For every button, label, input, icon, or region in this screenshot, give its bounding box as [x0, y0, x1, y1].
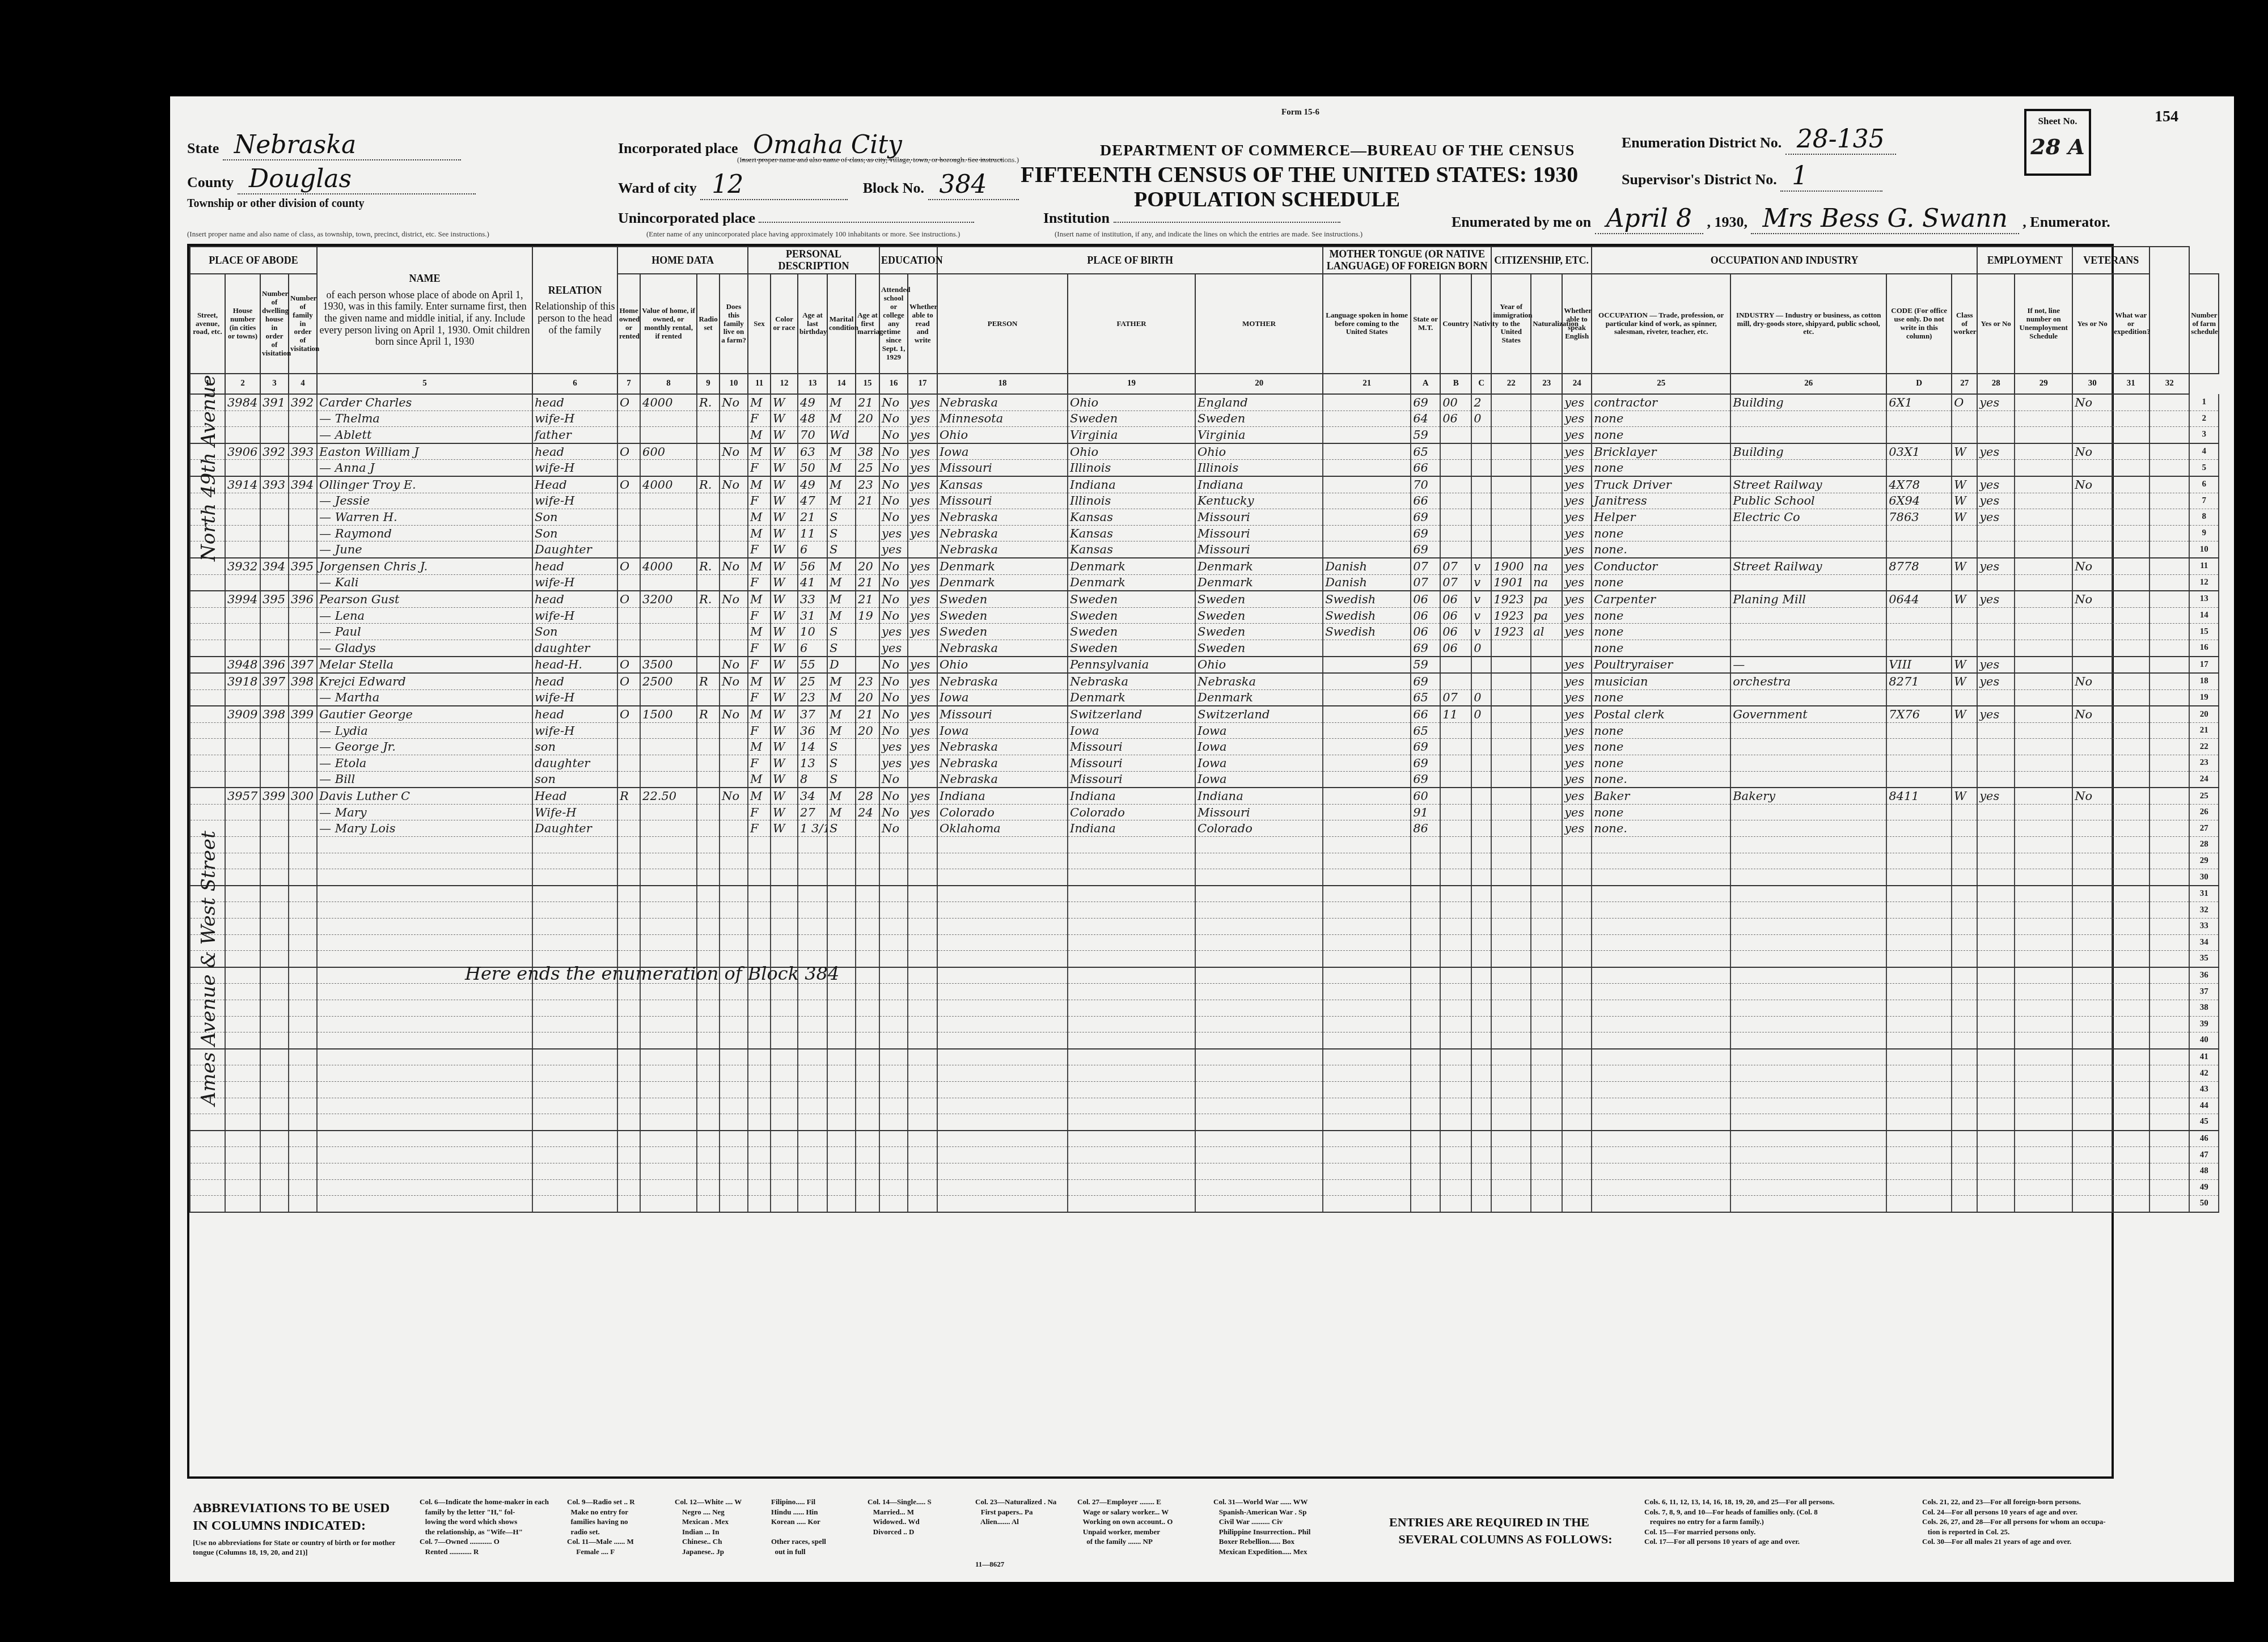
cell-cls: [1952, 607, 1977, 624]
cell-school: [879, 853, 908, 869]
cell-farmsch: [2149, 1147, 2189, 1163]
cell-rel: [532, 1000, 617, 1016]
cell-race: W: [771, 657, 798, 674]
cell-dwelling: 394: [260, 558, 289, 574]
cell-bpf: Missouri: [1068, 755, 1195, 772]
cell-unemp: [2015, 1016, 2072, 1032]
line-number: 42: [2189, 1065, 2219, 1082]
cell-mar: M: [827, 558, 856, 574]
cell-b: [1440, 525, 1471, 541]
cell-family: [289, 1065, 317, 1082]
cell-radio: [697, 427, 720, 443]
cell-bpm: Virginia: [1195, 427, 1323, 443]
cell-age: [798, 853, 827, 869]
cell-read: yes: [908, 804, 937, 820]
street-cell: [190, 804, 225, 820]
cell-vet: [2072, 837, 2112, 853]
cell-unemp: [2015, 820, 2072, 837]
column-number-29: 29: [2015, 374, 2072, 394]
cell-bpm: Kentucky: [1195, 493, 1323, 509]
table-row-empty: 49: [190, 1179, 2219, 1196]
cell-name: [317, 1081, 532, 1098]
column-number-24: 24: [1562, 374, 1592, 394]
cell-nat: [1531, 951, 1562, 967]
supervisor-district-field: Supervisor's District No. 1: [1622, 162, 1882, 192]
cell-cls: [1952, 984, 1977, 1000]
cell-dwelling: [260, 1098, 289, 1114]
cell-bpf: Sweden: [1068, 607, 1195, 624]
cell-read: [908, 837, 937, 853]
cell-agem: 28: [856, 788, 879, 804]
cell-bpm: [1195, 934, 1323, 951]
line-number: 36: [2189, 967, 2219, 984]
cell-name: — Gladys: [317, 640, 532, 656]
cell-lang: [1323, 657, 1411, 674]
cell-own: O: [617, 657, 640, 674]
column-header-25: OCCUPATION — Trade, profession, or parti…: [1592, 274, 1730, 374]
cell-sex: [748, 1131, 771, 1147]
cell-agem: [856, 1016, 879, 1032]
cell-name: — Jessie: [317, 493, 532, 509]
column-number-2: 2: [225, 374, 260, 394]
cell-cls: [1952, 771, 1977, 788]
cell-vet: No: [2072, 443, 2112, 460]
cell-war: [2112, 706, 2149, 722]
cell-bp: [937, 1179, 1068, 1196]
supervisor-district-value: 1: [1780, 162, 1882, 192]
cell-mar: [827, 1081, 856, 1098]
street-cell: [190, 574, 225, 591]
cell-own: [617, 574, 640, 591]
cell-war: [2112, 673, 2149, 689]
cell-nat: [1531, 640, 1562, 656]
cell-eng: [1562, 1032, 1592, 1049]
cell-bp: Iowa: [937, 443, 1068, 460]
cell-name: Ollinger Troy E.: [317, 476, 532, 493]
cell-work: [1977, 1065, 2015, 1082]
cell-farmsch: [2149, 706, 2189, 722]
table-row-empty: 44: [190, 1098, 2219, 1114]
cell-b: [1440, 739, 1471, 755]
cell-code: [1886, 951, 1952, 967]
line-number: 44: [2189, 1098, 2219, 1114]
cell-a: [1411, 853, 1440, 869]
line-number: 26: [2189, 804, 2219, 820]
column-number-4: 4: [289, 374, 317, 394]
line-number: 38: [2189, 1000, 2219, 1016]
cell-occ: none: [1592, 460, 1730, 476]
cell-own: [617, 493, 640, 509]
cell-nat: [1531, 984, 1562, 1000]
cell-eng: yes: [1562, 427, 1592, 443]
cell-work: [1977, 1131, 2015, 1147]
column-header-2: House number (in cities or towns): [225, 274, 260, 374]
cell-nat: [1531, 788, 1562, 804]
column-number-15: 15: [856, 374, 879, 394]
cell-age: [798, 1081, 827, 1098]
cell-farmsch: [2149, 902, 2189, 919]
cell-code: VIII: [1886, 657, 1952, 674]
cell-imm: [1491, 837, 1531, 853]
cell-name: Melar Stella: [317, 657, 532, 674]
column-header-15: Age at first marriage: [856, 274, 879, 374]
cell-lang: [1323, 689, 1411, 706]
cell-unemp: [2015, 1131, 2072, 1147]
cell-work: [1977, 574, 2015, 591]
cell-bp: Sweden: [937, 591, 1068, 607]
cell-bpm: [1195, 1196, 1323, 1212]
cell-own: [617, 869, 640, 886]
cell-cls: [1952, 755, 1977, 772]
cell-value: [640, 1114, 697, 1131]
cell-dwelling: [260, 886, 289, 902]
cell-rel: [532, 1196, 617, 1212]
column-number-27: 27: [1952, 374, 1977, 394]
cell-farmsch: [2149, 1065, 2189, 1082]
cell-bp: [937, 853, 1068, 869]
cell-dwelling: [260, 1081, 289, 1098]
cell-rel: [532, 1049, 617, 1065]
cell-school: yes: [879, 541, 908, 558]
cell-bp: [937, 886, 1068, 902]
cell-read: yes: [908, 624, 937, 640]
cell-house: [225, 410, 260, 427]
cell-house: 3994: [225, 591, 260, 607]
cell-dwelling: [260, 640, 289, 656]
cell-occ: [1592, 1196, 1730, 1212]
cell-c: [1471, 443, 1491, 460]
cell-war: [2112, 1147, 2149, 1163]
cell-lang: [1323, 1196, 1411, 1212]
cell-line_street: [190, 1147, 225, 1163]
cell-a: 06: [1411, 624, 1440, 640]
cell-c: 0: [1471, 410, 1491, 427]
table-row-empty: 50: [190, 1196, 2219, 1212]
cell-imm: [1491, 1032, 1531, 1049]
cell-bp: [937, 869, 1068, 886]
cell-cls: [1952, 1049, 1977, 1065]
cell-age: [798, 919, 827, 935]
cell-lang: [1323, 1049, 1411, 1065]
cell-sex: [748, 1032, 771, 1049]
cell-lang: [1323, 1098, 1411, 1114]
cell-b: [1440, 1163, 1471, 1179]
cell-c: [1471, 739, 1491, 755]
cell-eng: [1562, 853, 1592, 869]
column-header-7: Home owned or rented: [617, 274, 640, 374]
cell-imm: [1491, 410, 1531, 427]
cell-value: [640, 1098, 697, 1114]
cell-bpm: Missouri: [1195, 804, 1323, 820]
group-name: NAMEof each person whose place of abode …: [317, 247, 532, 374]
cell-war: [2112, 1049, 2149, 1065]
cell-code: [1886, 755, 1952, 772]
cell-mar: S: [827, 541, 856, 558]
cell-bp: [937, 1000, 1068, 1016]
column-number-C: C: [1471, 374, 1491, 394]
cell-house: [225, 853, 260, 869]
cell-occ: [1592, 1131, 1730, 1147]
cell-agem: [856, 1065, 879, 1082]
line-number: 46: [2189, 1131, 2219, 1147]
cell-value: [640, 902, 697, 919]
cell-code: 8271: [1886, 673, 1952, 689]
cell-name: [317, 886, 532, 902]
cell-eng: [1562, 1147, 1592, 1163]
entries-required-2: Cols. 21, 22, and 23—For all foreign-bor…: [1922, 1497, 2105, 1547]
cell-mar: S: [827, 739, 856, 755]
cell-imm: [1491, 984, 1531, 1000]
cell-age: [798, 934, 827, 951]
cell-age: 6: [798, 541, 827, 558]
ward-field: Ward of city 12 Block No. 384: [618, 170, 1019, 200]
cell-own: [617, 820, 640, 837]
cell-rel: [532, 1114, 617, 1131]
cell-bp: [937, 1196, 1068, 1212]
cell-b: [1440, 869, 1471, 886]
cell-dwelling: [260, 853, 289, 869]
cell-occ: none: [1592, 755, 1730, 772]
cell-read: yes: [908, 493, 937, 509]
cell-age: [798, 1016, 827, 1032]
cell-unemp: [2015, 984, 2072, 1000]
cell-dwelling: [260, 820, 289, 837]
cell-cls: [1952, 1114, 1977, 1131]
cell-ind: [1730, 967, 1886, 984]
cell-value: 4000: [640, 394, 697, 410]
cell-bpm: [1195, 967, 1323, 984]
cell-school: [879, 1049, 908, 1065]
cell-ind: [1730, 460, 1886, 476]
cell-farmsch: [2149, 837, 2189, 853]
column-number-A: A: [1411, 374, 1440, 394]
line-number: 18: [2189, 673, 2219, 689]
line-number: 43: [2189, 1081, 2219, 1098]
cell-unemp: [2015, 476, 2072, 493]
cell-sex: [748, 869, 771, 886]
cell-race: [771, 1032, 798, 1049]
line-number: 1: [2189, 394, 2219, 410]
cell-vet: [2072, 427, 2112, 443]
cell-occ: Carpenter: [1592, 591, 1730, 607]
cell-imm: [1491, 919, 1531, 935]
street-cell: [190, 607, 225, 624]
cell-a: 06: [1411, 607, 1440, 624]
cell-bpf: Illinois: [1068, 460, 1195, 476]
cell-c: [1471, 967, 1491, 984]
cell-war: [2112, 689, 2149, 706]
cell-dwelling: [260, 624, 289, 640]
cell-code: [1886, 984, 1952, 1000]
cell-value: [640, 410, 697, 427]
cell-occ: [1592, 886, 1730, 902]
cell-dwelling: [260, 574, 289, 591]
cell-rel: Son: [532, 525, 617, 541]
abbr-col6-7: Col. 6—Indicate the home-maker in each f…: [420, 1497, 549, 1556]
cell-work: yes: [1977, 443, 2015, 460]
cell-war: [2112, 755, 2149, 772]
cell-rel: head: [532, 443, 617, 460]
cell-house: [225, 755, 260, 772]
cell-farm: [720, 1147, 748, 1163]
cell-dwelling: 391: [260, 394, 289, 410]
cell-bpm: [1195, 1049, 1323, 1065]
cell-house: [225, 804, 260, 820]
cell-radio: [697, 820, 720, 837]
cell-war: [2112, 394, 2149, 410]
cell-occ: none: [1592, 410, 1730, 427]
cell-name: Krejci Edward: [317, 673, 532, 689]
cell-own: O: [617, 591, 640, 607]
cell-lang: [1323, 837, 1411, 853]
cell-dwelling: [260, 1163, 289, 1179]
cell-sex: [748, 1147, 771, 1163]
cell-bp: Nebraska: [937, 673, 1068, 689]
cell-vet: [2072, 934, 2112, 951]
township-note: (Insert proper name and also name of cla…: [187, 230, 489, 239]
cell-house: [225, 1065, 260, 1082]
cell-a: 69: [1411, 771, 1440, 788]
cell-agem: [856, 755, 879, 772]
cell-nat: [1531, 902, 1562, 919]
cell-unemp: [2015, 558, 2072, 574]
cell-bp: Ohio: [937, 657, 1068, 674]
cell-name: [317, 984, 532, 1000]
cell-farm: [720, 804, 748, 820]
cell-value: [640, 640, 697, 656]
cell-agem: 21: [856, 574, 879, 591]
cell-read: [908, 1163, 937, 1179]
cell-rel: [532, 1032, 617, 1049]
cell-agem: [856, 1032, 879, 1049]
cell-value: [640, 1163, 697, 1179]
enumeration-date: April 8: [1595, 204, 1703, 234]
line-number: 48: [2189, 1163, 2219, 1179]
cell-name: [317, 1016, 532, 1032]
table-row: — Anna Jwife-HFW50M25NoyesMissouriIllino…: [190, 460, 2219, 476]
cell-school: No: [879, 460, 908, 476]
table-row-empty: 40: [190, 1032, 2219, 1049]
cell-code: 8778: [1886, 558, 1952, 574]
cell-farm: [720, 525, 748, 541]
cell-name: — Lena: [317, 607, 532, 624]
cell-house: [225, 1131, 260, 1147]
cell-ind: Government: [1730, 706, 1886, 722]
cell-ind: [1730, 820, 1886, 837]
cell-bpf: [1068, 984, 1195, 1000]
cell-war: [2112, 967, 2149, 984]
cell-ind: [1730, 525, 1886, 541]
cell-vet: [2072, 607, 2112, 624]
cell-eng: yes: [1562, 558, 1592, 574]
cell-age: [798, 1114, 827, 1131]
cell-cls: [1952, 541, 1977, 558]
cell-imm: [1491, 689, 1531, 706]
cell-farm: [720, 1081, 748, 1098]
table-row: — Thelmawife-HFW48M20NoyesMinnesotaSwede…: [190, 410, 2219, 427]
cell-work: [1977, 837, 2015, 853]
cell-dwelling: 392: [260, 443, 289, 460]
cell-bpf: Ohio: [1068, 443, 1195, 460]
cell-vet: No: [2072, 591, 2112, 607]
cell-lang: Swedish: [1323, 607, 1411, 624]
cell-occ: Poultryraiser: [1592, 657, 1730, 674]
cell-war: [2112, 820, 2149, 837]
cell-read: [908, 1000, 937, 1016]
cell-value: [640, 1065, 697, 1082]
cell-lang: [1323, 869, 1411, 886]
cell-value: 3500: [640, 657, 697, 674]
cell-code: [1886, 739, 1952, 755]
cell-family: [289, 574, 317, 591]
cell-imm: [1491, 1016, 1531, 1032]
cell-family: [289, 640, 317, 656]
cell-cls: [1952, 1081, 1977, 1098]
cell-bpm: Indiana: [1195, 476, 1323, 493]
cell-farmsch: [2149, 427, 2189, 443]
cell-sex: M: [748, 591, 771, 607]
cell-imm: [1491, 755, 1531, 772]
line-number: 39: [2189, 1016, 2219, 1032]
cell-mar: [827, 984, 856, 1000]
cell-c: [1471, 1163, 1491, 1179]
cell-work: [1977, 853, 2015, 869]
cell-imm: [1491, 1049, 1531, 1065]
cell-bp: Nebraska: [937, 394, 1068, 410]
column-number-22: 22: [1491, 374, 1531, 394]
cell-b: [1440, 427, 1471, 443]
cell-farmsch: [2149, 1049, 2189, 1065]
cell-own: [617, 902, 640, 919]
cell-unemp: [2015, 493, 2072, 509]
cell-war: [2112, 574, 2149, 591]
cell-farmsch: [2149, 689, 2189, 706]
cell-farm: [720, 1114, 748, 1131]
table-row-empty: 30: [190, 869, 2219, 886]
cell-vet: [2072, 902, 2112, 919]
cell-race: [771, 1049, 798, 1065]
cell-name: — Martha: [317, 689, 532, 706]
cell-family: [289, 1163, 317, 1179]
column-header-30: Yes or No: [2072, 274, 2112, 374]
cell-value: [640, 1196, 697, 1212]
cell-eng: yes: [1562, 706, 1592, 722]
cell-nat: [1531, 541, 1562, 558]
cell-bpm: Illinois: [1195, 460, 1323, 476]
column-number-21: 21: [1323, 374, 1411, 394]
cell-imm: 1900: [1491, 558, 1531, 574]
cell-occ: [1592, 1032, 1730, 1049]
cell-work: [1977, 1000, 2015, 1016]
cell-eng: [1562, 902, 1592, 919]
cell-dwelling: 393: [260, 476, 289, 493]
cell-a: 69: [1411, 525, 1440, 541]
cell-family: [289, 410, 317, 427]
cell-occ: none: [1592, 525, 1730, 541]
cell-work: [1977, 1196, 2015, 1212]
cell-read: [908, 1098, 937, 1114]
line-number: 49: [2189, 1179, 2219, 1196]
table-row: — Lydiawife-HFW36M20NoyesIowaIowaIowa65y…: [190, 722, 2219, 739]
cell-own: [617, 984, 640, 1000]
cell-a: 69: [1411, 739, 1440, 755]
cell-line_street: [190, 1163, 225, 1179]
cell-rel: [532, 853, 617, 869]
cell-ind: [1730, 1049, 1886, 1065]
cell-age: 49: [798, 394, 827, 410]
cell-radio: [697, 1114, 720, 1131]
cell-work: [1977, 427, 2015, 443]
